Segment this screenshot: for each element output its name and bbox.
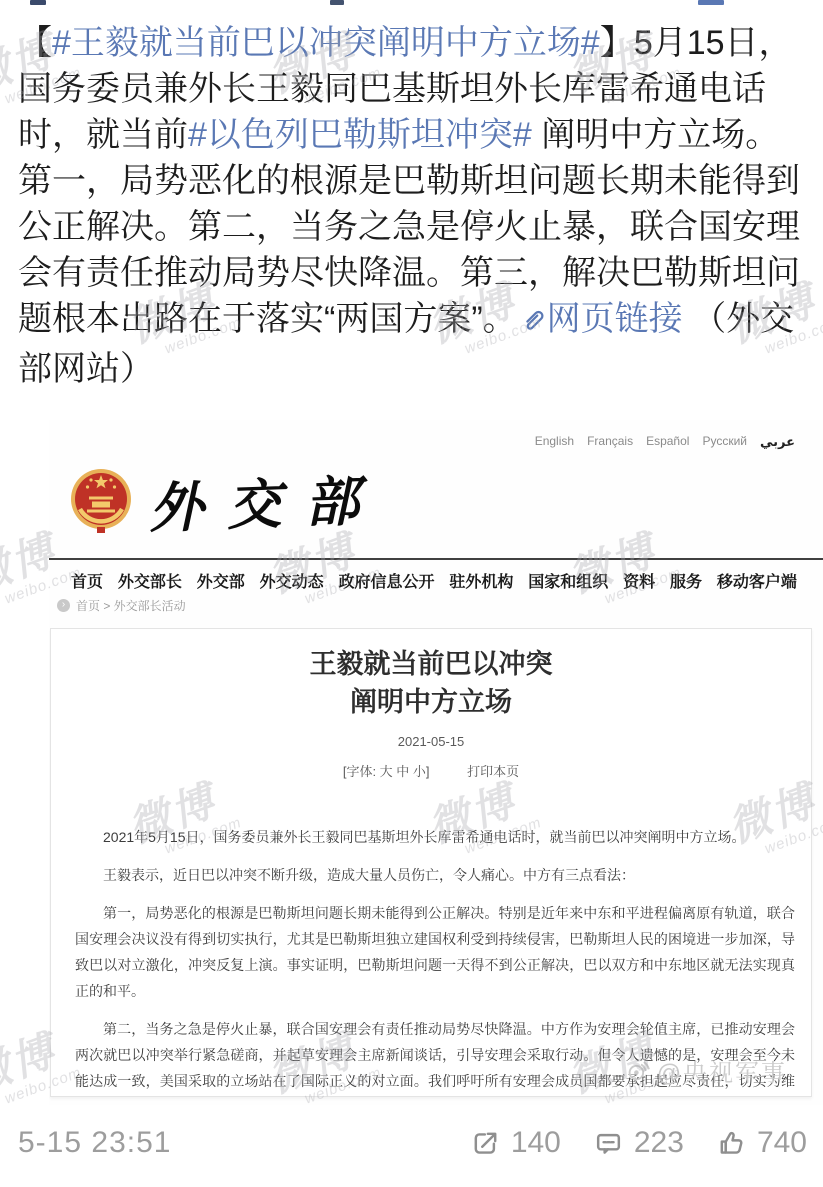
mfa-header: 外交部 (69, 462, 383, 539)
engagement-stats: 140223740 (470, 1126, 807, 1160)
article-card: 王毅就当前巴以冲突 阐明中方立场 2021-05-15 [字体: 大 中 小] … (50, 628, 812, 1097)
repost-icon (470, 1128, 501, 1159)
nav-item[interactable]: 服务 (670, 569, 702, 592)
nav-item[interactable]: 资料 (623, 569, 655, 592)
mfa-logotype: 外交部 (148, 458, 385, 543)
article-title-line2: 阐明中方立场 (350, 687, 512, 717)
nav-item[interactable]: 国家和组织 (528, 569, 608, 592)
nav-item[interactable]: 外交部长 (118, 569, 182, 592)
nav-item[interactable]: 移动客户端 (717, 569, 797, 592)
timestamp: 5-15 23:51 (18, 1126, 171, 1160)
author-watermark-text: @央视军事 (657, 1053, 787, 1088)
post-text: 【#王毅就当前巴以冲突阐明中方立场#】5月15日，国务委员兼外长王毅同巴基斯坦外… (0, 0, 823, 392)
nav-item[interactable]: 政府信息公开 (339, 569, 435, 592)
weibo-logo-icon (626, 1058, 653, 1083)
repost-count: 140 (511, 1126, 561, 1160)
nav-item[interactable]: 驻外机构 (449, 569, 513, 592)
weblink[interactable]: 网页链接 (517, 300, 683, 338)
nav-item[interactable]: 外交动态 (260, 569, 324, 592)
language-link[interactable]: Español (646, 434, 689, 450)
comment-count: 223 (634, 1126, 684, 1160)
breadcrumb[interactable]: › 首页 > 外交部长活动 (57, 597, 186, 614)
like-count: 740 (757, 1126, 807, 1160)
language-bar: EnglishFrançaisEspañolРусскийعربي (535, 434, 795, 450)
breadcrumb-icon: › (57, 599, 70, 612)
nav-item[interactable]: 首页 (71, 569, 103, 592)
like-icon (716, 1128, 747, 1159)
embedded-screenshot[interactable]: EnglishFrançaisEspañolРусскийعربي 外交部 首页… (49, 420, 823, 1105)
mfa-nav: 首页外交部长外交部外交动态政府信息公开驻外机构国家和组织资料服务移动客户端 (49, 558, 823, 592)
author-watermark: @央视军事 (626, 1053, 787, 1088)
nav-item[interactable]: 外交部 (197, 569, 245, 592)
breadcrumb-text: 首页 > 外交部长活动 (76, 597, 186, 614)
comment-button[interactable]: 223 (593, 1126, 684, 1160)
font-size-controls[interactable]: [字体: 大 中 小] (343, 764, 430, 779)
article-paragraph: 王毅表示，近日巴以冲突不断升级，造成大量人员伤亡，令人痛心。中方有三点看法： (75, 862, 795, 888)
article-meta: [字体: 大 中 小] 打印本页 (51, 761, 811, 780)
weibo-post-page: { "post": { "segments": [ {"name":"post-… (0, 0, 823, 1187)
action-bar: 5-15 23:51 140223740 (0, 1120, 823, 1166)
print-page-button[interactable]: 打印本页 (467, 764, 519, 779)
article-title-line1: 王毅就当前巴以冲突 (310, 649, 553, 679)
language-link[interactable]: English (535, 434, 574, 450)
comment-icon (593, 1128, 624, 1159)
article-title: 王毅就当前巴以冲突 阐明中方立场 (51, 645, 811, 721)
repost-button[interactable]: 140 (470, 1126, 561, 1160)
national-emblem-icon (69, 467, 133, 535)
post-text-segment: 【 (18, 24, 52, 62)
language-link[interactable]: Русский (702, 434, 747, 450)
like-button[interactable]: 740 (716, 1126, 807, 1160)
article-paragraph: 2021年5月15日，国务委员兼外长王毅同巴基斯坦外长库雷希通电话时，就当前巴以… (75, 824, 795, 850)
hashtag-link[interactable]: #以色列巴勒斯坦冲突# (188, 116, 532, 154)
language-link[interactable]: Français (587, 434, 633, 450)
article-paragraph: 第一，局势恶化的根源是巴勒斯坦问题长期未能得到公正解决。特别是近年来中东和平进程… (75, 900, 795, 1004)
hashtag-link[interactable]: #王毅就当前巴以冲突阐明中方立场# (52, 24, 600, 62)
language-link[interactable]: عربي (760, 434, 795, 450)
article-date: 2021-05-15 (51, 734, 811, 749)
link-icon (517, 300, 547, 346)
